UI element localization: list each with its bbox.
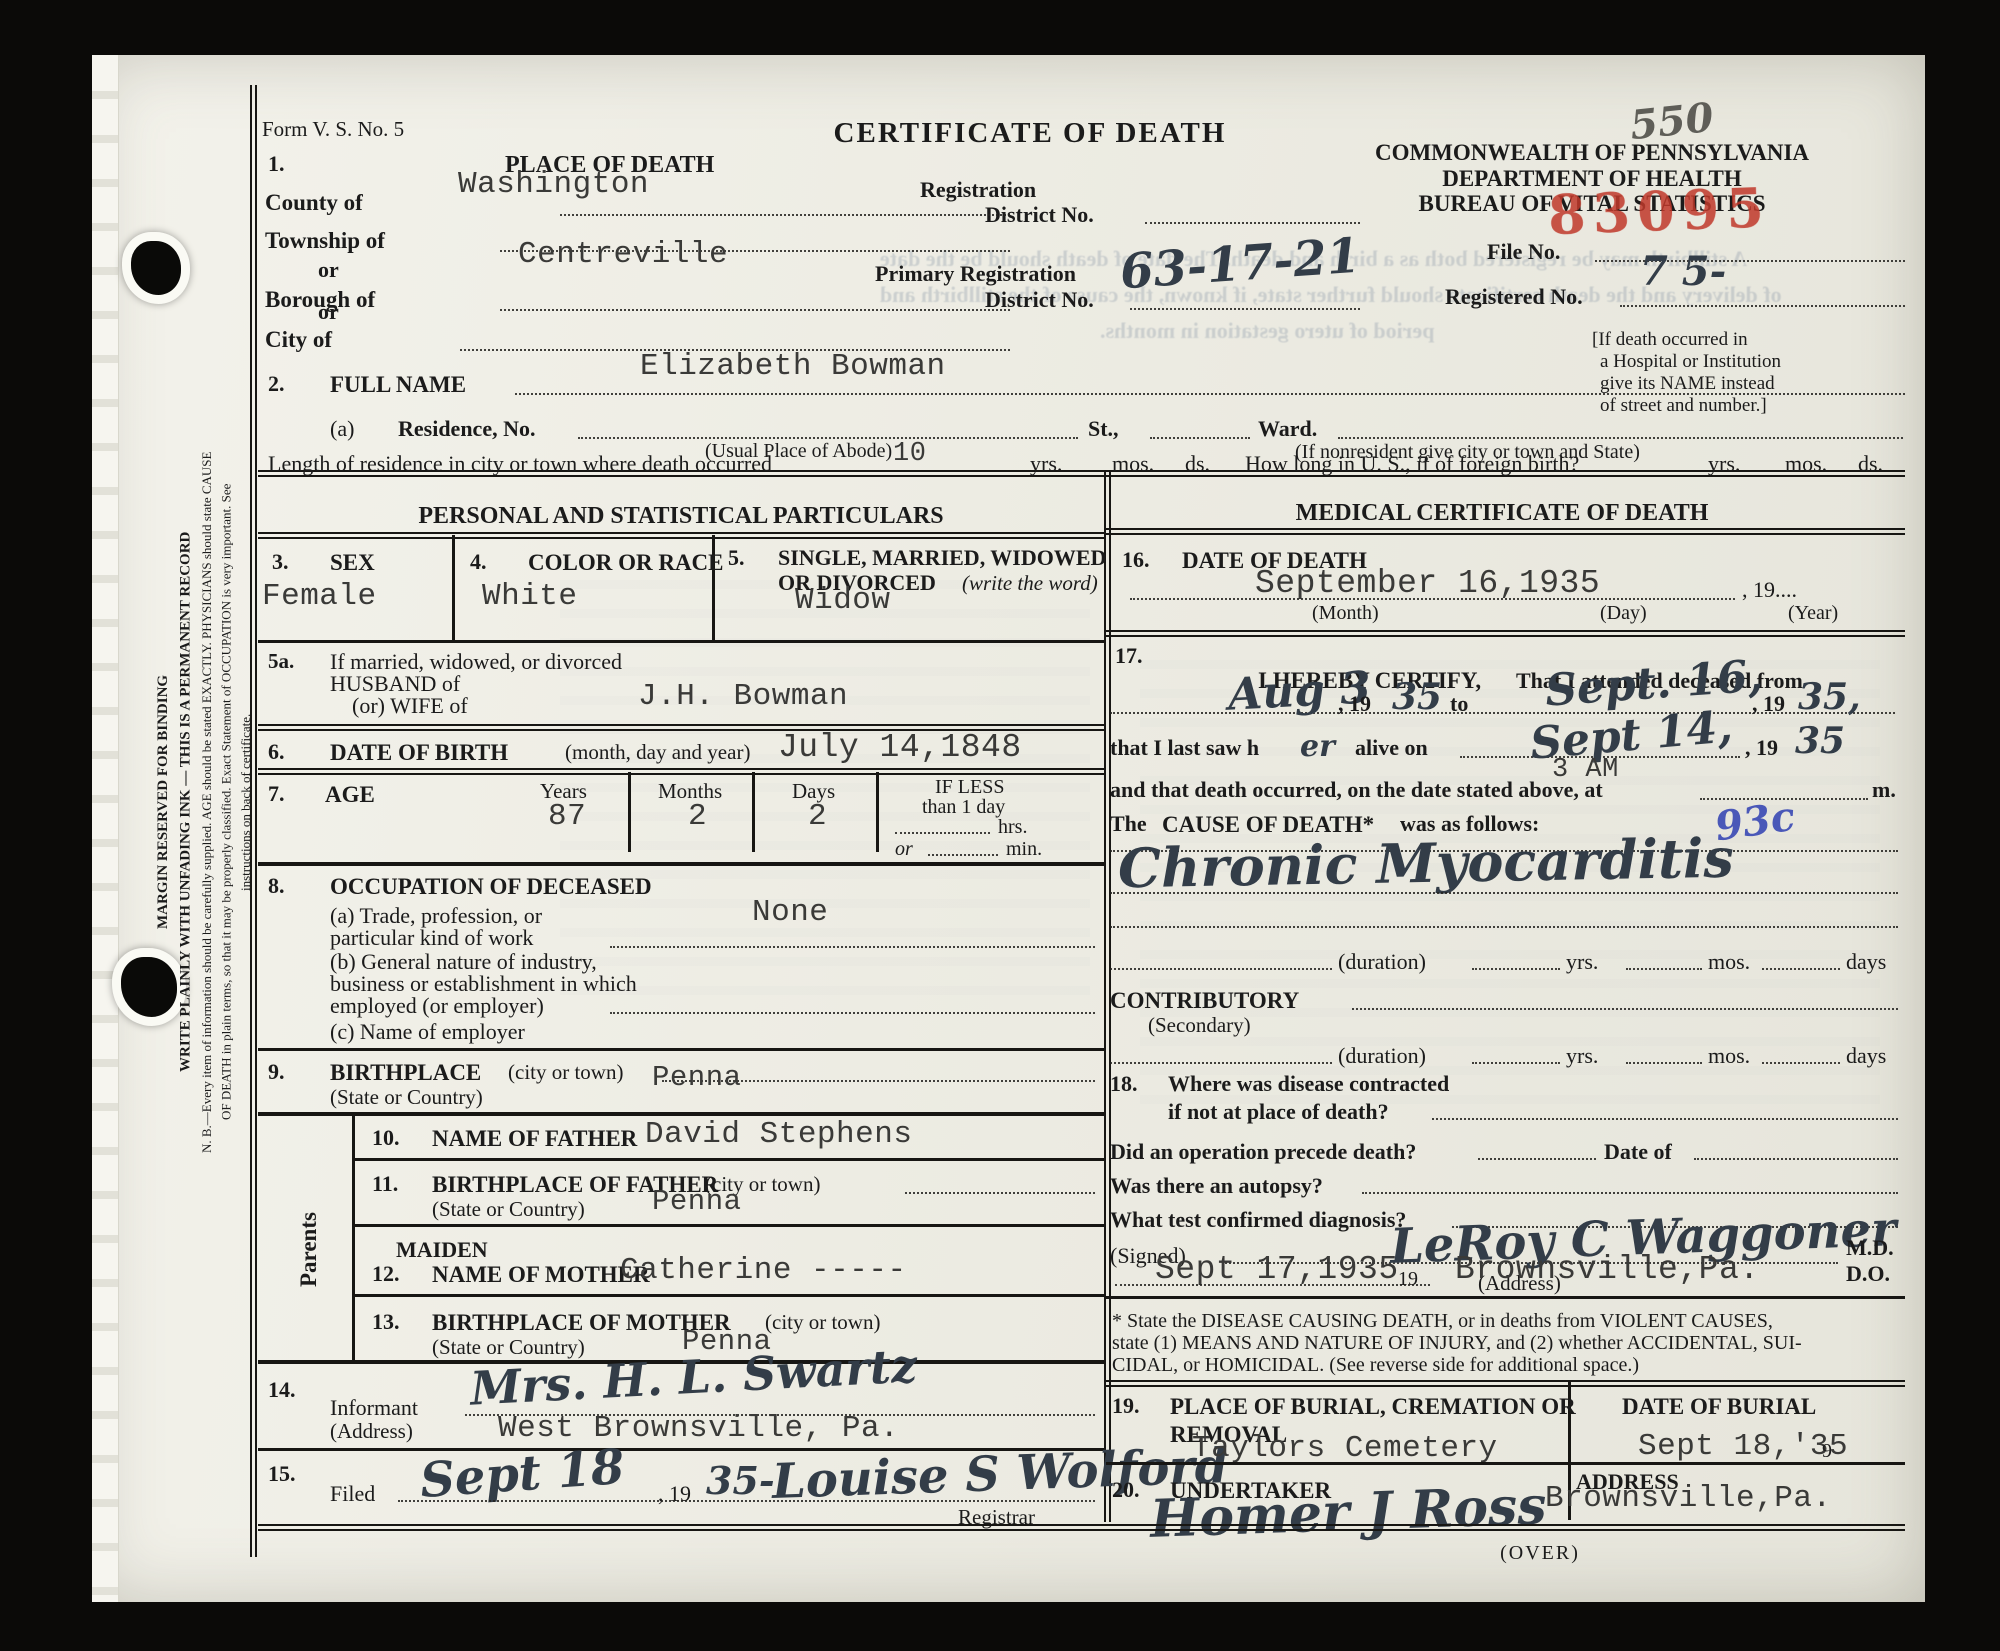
street-label: St., bbox=[1088, 417, 1119, 441]
item-13-number: 13. bbox=[372, 1310, 400, 1334]
age-years-value: 87 bbox=[548, 800, 586, 834]
dob-label: DATE OF BIRTH bbox=[330, 740, 508, 765]
last-saw-er-script: er bbox=[1300, 730, 1335, 763]
sex-label: SEX bbox=[330, 550, 375, 575]
dotted-leader bbox=[610, 944, 1095, 948]
dotted-leader bbox=[1145, 220, 1360, 224]
form-left-border bbox=[250, 85, 257, 1557]
margin-line: WRITE PLAINLY WITH UNFADING INK — THIS I… bbox=[175, 62, 198, 1542]
length-residence-value: 10 bbox=[893, 440, 926, 470]
item-10-number: 10. bbox=[372, 1126, 400, 1150]
do-label: D.O. bbox=[1846, 1262, 1890, 1286]
item-9-number: 9. bbox=[268, 1060, 285, 1084]
rule bbox=[1106, 1296, 1905, 1299]
informant-address-value: West Brownsville, Pa. bbox=[498, 1412, 899, 1446]
certificate-title: CERTIFICATE OF DEATH bbox=[834, 118, 1227, 150]
dotted-leader bbox=[1115, 1282, 1430, 1286]
birthplace-label: BIRTHPLACE bbox=[330, 1060, 481, 1085]
father-label: NAME OF FATHER bbox=[432, 1126, 637, 1151]
dod-year-label: (Year) bbox=[1788, 602, 1838, 624]
margin-line: OF DEATH in plain terms, so that it may … bbox=[217, 62, 237, 1542]
age-months-value: 2 bbox=[688, 800, 707, 834]
days-label: days bbox=[1846, 1044, 1886, 1068]
yrs-label: yrs. bbox=[1030, 452, 1062, 476]
occupation-c: (c) Name of employer bbox=[330, 1020, 525, 1044]
margin-line: MARGIN RESERVED FOR BINDING bbox=[152, 62, 175, 1542]
cell-divider bbox=[628, 772, 631, 852]
dotted-leader bbox=[1478, 1156, 1596, 1160]
footnote-line: * State the DISEASE CAUSING DEATH, or in… bbox=[1112, 1310, 1773, 1332]
mother-birthplace-sub2: (State or Country) bbox=[432, 1336, 585, 1359]
maiden-label: MAIDEN bbox=[396, 1238, 488, 1262]
township-label: Township of bbox=[265, 228, 385, 253]
personal-section-header: PERSONAL AND STATISTICAL PARTICULARS bbox=[418, 503, 943, 529]
dotted-leader bbox=[610, 1010, 1095, 1014]
ghost-text-line: period of utero gestation in months. bbox=[1100, 318, 1435, 344]
footnote-line: CIDAL, or HOMICIDAL. (See reverse side f… bbox=[1112, 1354, 1639, 1376]
medical-section-header: MEDICAL CERTIFICATE OF DEATH bbox=[1296, 500, 1709, 526]
item-1-number: 1. bbox=[268, 152, 285, 176]
dotted-leader bbox=[905, 1190, 1095, 1194]
operation-date-label: Date of bbox=[1604, 1140, 1672, 1164]
disease-contracted-line2: if not at place of death? bbox=[1168, 1100, 1389, 1124]
rule bbox=[258, 1048, 1104, 1051]
birthplace-sub1: (city or town) bbox=[508, 1061, 623, 1084]
mother-birthplace-sub1: (city or town) bbox=[765, 1311, 880, 1334]
undertaker-signature: Homer J Ross bbox=[1149, 1477, 1547, 1548]
burial-date-label: DATE OF BURIAL bbox=[1622, 1394, 1816, 1419]
disease-contracted-line1: Where was disease contracted bbox=[1168, 1072, 1449, 1096]
alive-on-label: alive on bbox=[1355, 736, 1428, 760]
hospital-note: a Hospital or Institution bbox=[1600, 352, 1781, 373]
dod-19-label: , 19.... bbox=[1742, 578, 1797, 602]
registered-no-value: 7 5- bbox=[1640, 250, 1726, 294]
rule bbox=[258, 862, 1104, 866]
parents-group-label: Parents bbox=[296, 1170, 321, 1330]
rule bbox=[258, 768, 1104, 775]
dotted-leader bbox=[1620, 303, 1905, 307]
county-value: Washington bbox=[458, 168, 649, 202]
to-year-script: 35, bbox=[1798, 678, 1861, 718]
item-12-number: 12. bbox=[372, 1262, 400, 1286]
age-ifless-label2: than 1 day bbox=[922, 796, 1005, 818]
dotted-leader bbox=[1110, 966, 1332, 970]
registration-label: Registration bbox=[920, 178, 1036, 202]
torn-binding-edge bbox=[92, 55, 119, 1602]
dotted-leader bbox=[1110, 924, 1898, 928]
marital-write-word-note: (write the word) bbox=[962, 572, 1098, 595]
dotted-leader bbox=[928, 852, 998, 856]
dotted-leader bbox=[1432, 1116, 1898, 1120]
dotted-leader bbox=[560, 212, 1010, 216]
primary-registration-label: Primary Registration bbox=[875, 262, 1076, 286]
burial-place-value: Taylors Cemetery bbox=[1192, 1432, 1498, 1466]
yrs-label: yrs. bbox=[1566, 950, 1598, 974]
residence-label: Residence, No. bbox=[398, 417, 535, 441]
item-3-number: 3. bbox=[272, 550, 289, 574]
item-14-number: 14. bbox=[268, 1378, 296, 1402]
item-20-number: 20. bbox=[1112, 1478, 1140, 1502]
burial-place-label1: PLACE OF BURIAL, CREMATION OR bbox=[1170, 1394, 1576, 1419]
dotted-leader bbox=[1626, 1060, 1702, 1064]
to-label: to bbox=[1450, 692, 1468, 716]
signed-address-value: Brownsville,Pa. bbox=[1455, 1252, 1760, 1288]
marital-label: SINGLE, MARRIED, WIDOWED bbox=[778, 546, 1106, 570]
file-no-stamp: 83095 bbox=[1547, 178, 1772, 245]
rule bbox=[1106, 528, 1905, 535]
footnote-line: state (1) MEANS AND NATURE OF INJURY, an… bbox=[1112, 1332, 1802, 1354]
how-long-us-label: How long in U. S., if of foreign birth? bbox=[1245, 452, 1579, 476]
dotted-leader bbox=[1626, 966, 1702, 970]
marital-value: Widow bbox=[795, 584, 891, 618]
item-8-number: 8. bbox=[268, 874, 285, 898]
occupation-a2: particular kind of work bbox=[330, 926, 533, 950]
length-residence-label: Length of residence in city or town wher… bbox=[268, 452, 772, 476]
mos-label: mos. bbox=[1708, 950, 1750, 974]
dotted-leader bbox=[1472, 1060, 1560, 1064]
item-18-number: 18. bbox=[1110, 1072, 1138, 1096]
age-label: AGE bbox=[325, 782, 375, 807]
rule bbox=[1106, 1380, 1905, 1387]
duration-label: (duration) bbox=[1338, 1044, 1426, 1068]
item-4-number: 4. bbox=[470, 550, 487, 574]
dotted-leader bbox=[1130, 306, 1360, 310]
mos-label: mos. bbox=[1112, 452, 1154, 476]
19-label: , 19 bbox=[1752, 692, 1785, 716]
filed-label: Filed bbox=[330, 1482, 375, 1506]
m-label: m. bbox=[1872, 778, 1896, 802]
test-question: What test confirmed diagnosis? bbox=[1110, 1208, 1406, 1232]
age-days-value: 2 bbox=[808, 800, 827, 834]
dotted-leader bbox=[578, 435, 1078, 439]
full-name-value: Elizabeth Bowman bbox=[640, 350, 946, 384]
margin-line: N. B.—Every item of information should b… bbox=[197, 62, 217, 1542]
cell-divider bbox=[876, 772, 879, 852]
commonwealth-line: COMMONWEALTH OF PENNSYLVANIA bbox=[1375, 140, 1809, 165]
ds-label: ds. bbox=[1858, 452, 1883, 476]
dotted-leader bbox=[1150, 435, 1250, 439]
full-name-label: FULL NAME bbox=[330, 372, 466, 397]
dotted-leader bbox=[1762, 966, 1840, 970]
last-saw-label: that I last saw h bbox=[1110, 736, 1259, 760]
mother-value: Catherine ----- bbox=[620, 1254, 907, 1288]
item-6-number: 6. bbox=[268, 740, 285, 764]
birthplace-value: Penna bbox=[652, 1062, 742, 1094]
dob-sub-label: (month, day and year) bbox=[565, 741, 750, 764]
dotted-leader bbox=[515, 391, 1905, 395]
spouse-value: J.H. Bowman bbox=[638, 680, 848, 714]
rule bbox=[258, 1112, 1104, 1116]
dotted-leader bbox=[1338, 435, 1903, 439]
parents-bracket-line bbox=[352, 1112, 355, 1360]
lastsaw-year-script: 35 bbox=[1795, 722, 1845, 762]
dotted-leader bbox=[1762, 1060, 1840, 1064]
father-value: David Stephens bbox=[645, 1118, 912, 1152]
contributory-label: CONTRIBUTORY bbox=[1110, 988, 1299, 1013]
item-5-number: 5. bbox=[728, 546, 745, 570]
race-value: White bbox=[482, 580, 578, 614]
form-number: Form V. S. No. 5 bbox=[262, 118, 404, 141]
item-16-number: 16. bbox=[1122, 548, 1150, 572]
from-year-script: 35 bbox=[1392, 678, 1442, 718]
death-certificate-scan: A stillbirth may be registered both as a… bbox=[0, 0, 2000, 1651]
ward-label: Ward. bbox=[1258, 417, 1317, 441]
filed-19-label: , 19 bbox=[658, 1482, 691, 1506]
occupation-b3: employed (or employer) bbox=[330, 994, 544, 1018]
or-label: or bbox=[318, 300, 339, 324]
item-7-number: 7. bbox=[268, 782, 285, 806]
dotted-leader bbox=[1694, 1156, 1898, 1160]
margin-instructions: MARGIN RESERVED FOR BINDING WRITE PLAINL… bbox=[152, 62, 256, 1542]
item-5a-number: 5a. bbox=[268, 650, 294, 673]
rule bbox=[352, 1294, 1104, 1297]
father-birthplace-value: Penna bbox=[652, 1186, 742, 1218]
undertaker-address-value: Brownsville,Pa. bbox=[1545, 1482, 1832, 1516]
age-hrs-label: hrs. bbox=[998, 816, 1027, 838]
dob-value: July 14,1848 bbox=[778, 730, 1022, 766]
city-label: City of bbox=[265, 327, 332, 352]
yrs-label: yrs. bbox=[1708, 452, 1740, 476]
cause-of-death-script: Chronic Myocarditis bbox=[1118, 829, 1735, 899]
dotted-leader bbox=[1110, 1060, 1332, 1064]
item-15-number: 15. bbox=[268, 1462, 296, 1486]
dotted-leader bbox=[1472, 966, 1560, 970]
signed-19-print: 19 bbox=[1398, 1268, 1418, 1290]
informant-label: Informant bbox=[330, 1396, 418, 1420]
age-or-label: or bbox=[895, 838, 913, 860]
dotted-leader bbox=[1110, 890, 1898, 894]
rule bbox=[258, 640, 1104, 643]
cell-divider bbox=[452, 535, 455, 640]
rule bbox=[1106, 630, 1905, 637]
residence-a: (a) bbox=[330, 417, 354, 441]
rule bbox=[1106, 1462, 1905, 1465]
registered-no-label: Registered No. bbox=[1445, 285, 1583, 309]
days-label: days bbox=[1846, 950, 1886, 974]
item-2-number: 2. bbox=[268, 372, 285, 396]
secondary-label: (Secondary) bbox=[1148, 1014, 1251, 1037]
dotted-leader bbox=[1352, 1006, 1898, 1010]
race-label: COLOR OR RACE bbox=[528, 550, 724, 575]
md-label: M.D. bbox=[1846, 1236, 1894, 1260]
operation-question: Did an operation precede death? bbox=[1110, 1140, 1416, 1164]
dotted-leader bbox=[1130, 596, 1735, 600]
county-label: County of bbox=[265, 190, 363, 215]
rule bbox=[352, 1224, 1104, 1227]
dotted-leader bbox=[895, 830, 990, 834]
dotted-leader bbox=[398, 1498, 1095, 1502]
ds-label: ds. bbox=[1185, 452, 1210, 476]
rule bbox=[352, 1158, 1104, 1161]
age-ifless-label: IF LESS bbox=[935, 776, 1004, 798]
burial-date-value: Sept 18,'35 bbox=[1638, 1430, 1848, 1464]
birthplace-sub2: (State or Country) bbox=[330, 1086, 483, 1109]
mos-label: mos. bbox=[1785, 452, 1827, 476]
mos-label: mos. bbox=[1708, 1044, 1750, 1068]
rule bbox=[258, 1524, 1905, 1531]
over-label: (OVER) bbox=[1500, 1542, 1580, 1564]
age-min-label: min. bbox=[1006, 838, 1042, 860]
autopsy-question: Was there an autopsy? bbox=[1110, 1174, 1323, 1198]
item-11-number: 11. bbox=[372, 1172, 398, 1196]
death-occurred-label: and that death occurred, on the date sta… bbox=[1110, 778, 1603, 802]
rule bbox=[258, 532, 1104, 539]
father-birthplace-sub2: (State or Country) bbox=[432, 1198, 585, 1221]
yrs-label: yrs. bbox=[1566, 1044, 1598, 1068]
dod-day-label: (Day) bbox=[1600, 602, 1647, 624]
hospital-note: of street and number.] bbox=[1600, 396, 1767, 417]
cell-divider bbox=[752, 772, 755, 852]
19-label: , 19 bbox=[1338, 692, 1371, 716]
item-17-number: 17. bbox=[1115, 644, 1143, 668]
or-label: or bbox=[318, 258, 339, 282]
cause-pre: The bbox=[1110, 812, 1147, 836]
19-label: , 19 bbox=[1745, 736, 1778, 760]
spouse-line3: (or) WIFE of bbox=[352, 694, 468, 718]
mother-label: NAME OF MOTHER bbox=[432, 1262, 650, 1287]
burial-date-print19: 9 bbox=[1822, 1440, 1832, 1462]
dotted-leader bbox=[1362, 1190, 1898, 1194]
dotted-leader bbox=[500, 307, 1010, 311]
occupation-value: None bbox=[752, 896, 828, 930]
occupation-label: OCCUPATION OF DECEASED bbox=[330, 874, 652, 899]
duration-label: (duration) bbox=[1338, 950, 1426, 974]
dod-month-label: (Month) bbox=[1312, 602, 1379, 624]
sex-value: Female bbox=[262, 580, 377, 614]
item-19-number: 19. bbox=[1112, 1394, 1140, 1418]
informant-address-label: (Address) bbox=[330, 1420, 413, 1443]
hospital-note: [If death occurred in bbox=[1592, 330, 1748, 351]
filed-year-script: 35- bbox=[706, 1460, 775, 1502]
borough-value: Centreville bbox=[518, 238, 728, 272]
